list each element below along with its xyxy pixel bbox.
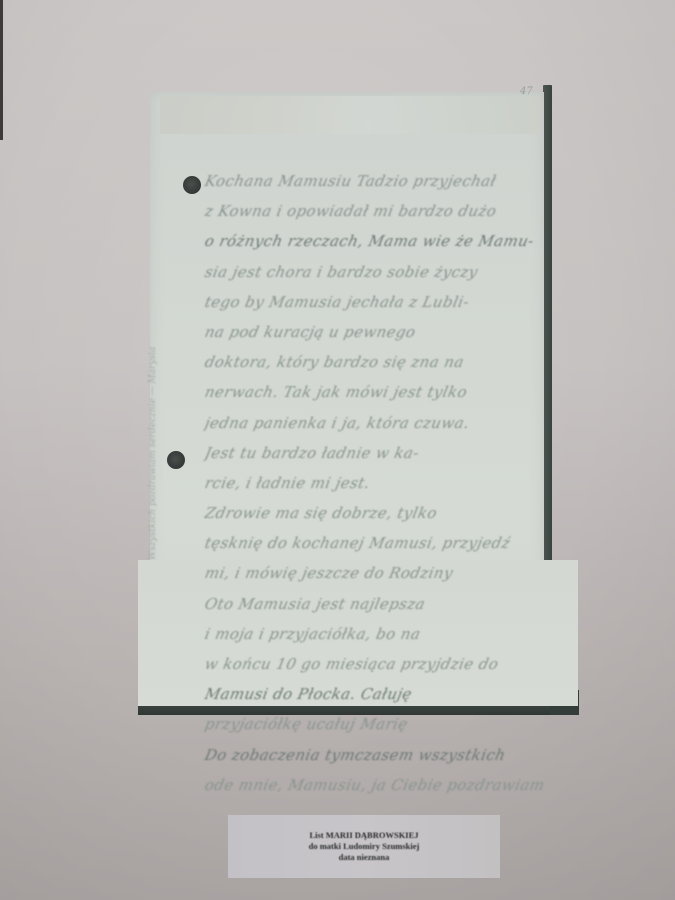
- letter-line: Mamusi do Płocka. Całuję: [202, 679, 558, 709]
- letter-line: jedna panienka i ja, która czuwa.: [202, 408, 558, 438]
- letter-top-strip: [160, 96, 540, 134]
- letter-line: przyjaciółkę ucałuj Marię: [202, 709, 558, 739]
- page-number: 47: [520, 86, 533, 97]
- letter-line: i moja i przyjaciółka, bo na: [202, 619, 558, 649]
- letter-line: z Kowna i opowiadał mi bardzo dużo: [202, 196, 558, 226]
- letter-line: mi, i mówię jeszcze do Rodziny: [202, 558, 558, 588]
- frame-edge: [0, 0, 3, 140]
- letter-line: o różnych rzeczach, Mama wie że Mamu-: [202, 226, 558, 256]
- letter-line: rcie, i ładnie mi jest.: [202, 468, 558, 498]
- caption-date: data nieznana: [339, 852, 390, 863]
- punch-hole-icon: [167, 451, 185, 469]
- exhibit-caption-label: List MARII DĄBROWSKIEJ do matki Ludomiry…: [228, 815, 500, 878]
- letter-line: tego by Mamusia jechała z Lubli-: [202, 287, 558, 317]
- letter-line: w końcu 10 go miesiąca przyjdzie do: [202, 649, 558, 679]
- letter-line: doktora, który bardzo się zna na: [202, 347, 558, 377]
- letter-handwriting: Kochana Mamusiu Tadzio przyjechał z Kown…: [205, 166, 555, 800]
- letter-line: Oto Mamusia jest najlepsza: [202, 589, 558, 619]
- punch-hole-icon: [183, 176, 201, 194]
- letter-line: sia jest chora i bardzo sobie życzy: [202, 257, 558, 287]
- letter-line: Do zobaczenia tymczasem wszystkich: [202, 740, 558, 770]
- letter-line: tęsknię do kochanej Mamusi, przyjedź: [202, 528, 558, 558]
- letter-line: Jest tu bardzo ładnie w ka-: [202, 438, 558, 468]
- letter-line: na pod kuracją u pewnego: [202, 317, 558, 347]
- letter-line: Kochana Mamusiu Tadzio przyjechał: [202, 166, 558, 196]
- letter-line: nerwach. Tak jak mówi jest tylko: [202, 377, 558, 407]
- letter-line: ode mnie, Mamusiu, ja Ciebie pozdrawiam: [202, 770, 558, 800]
- caption-recipient: do matki Ludomiry Szumskiej: [309, 841, 420, 852]
- letter-line: Zdrowie ma się dobrze, tylko: [202, 498, 558, 528]
- margin-note: Wszystkich pozdrawiam serdecznie — Marys…: [148, 200, 158, 560]
- caption-title: List MARII DĄBROWSKIEJ: [309, 830, 418, 841]
